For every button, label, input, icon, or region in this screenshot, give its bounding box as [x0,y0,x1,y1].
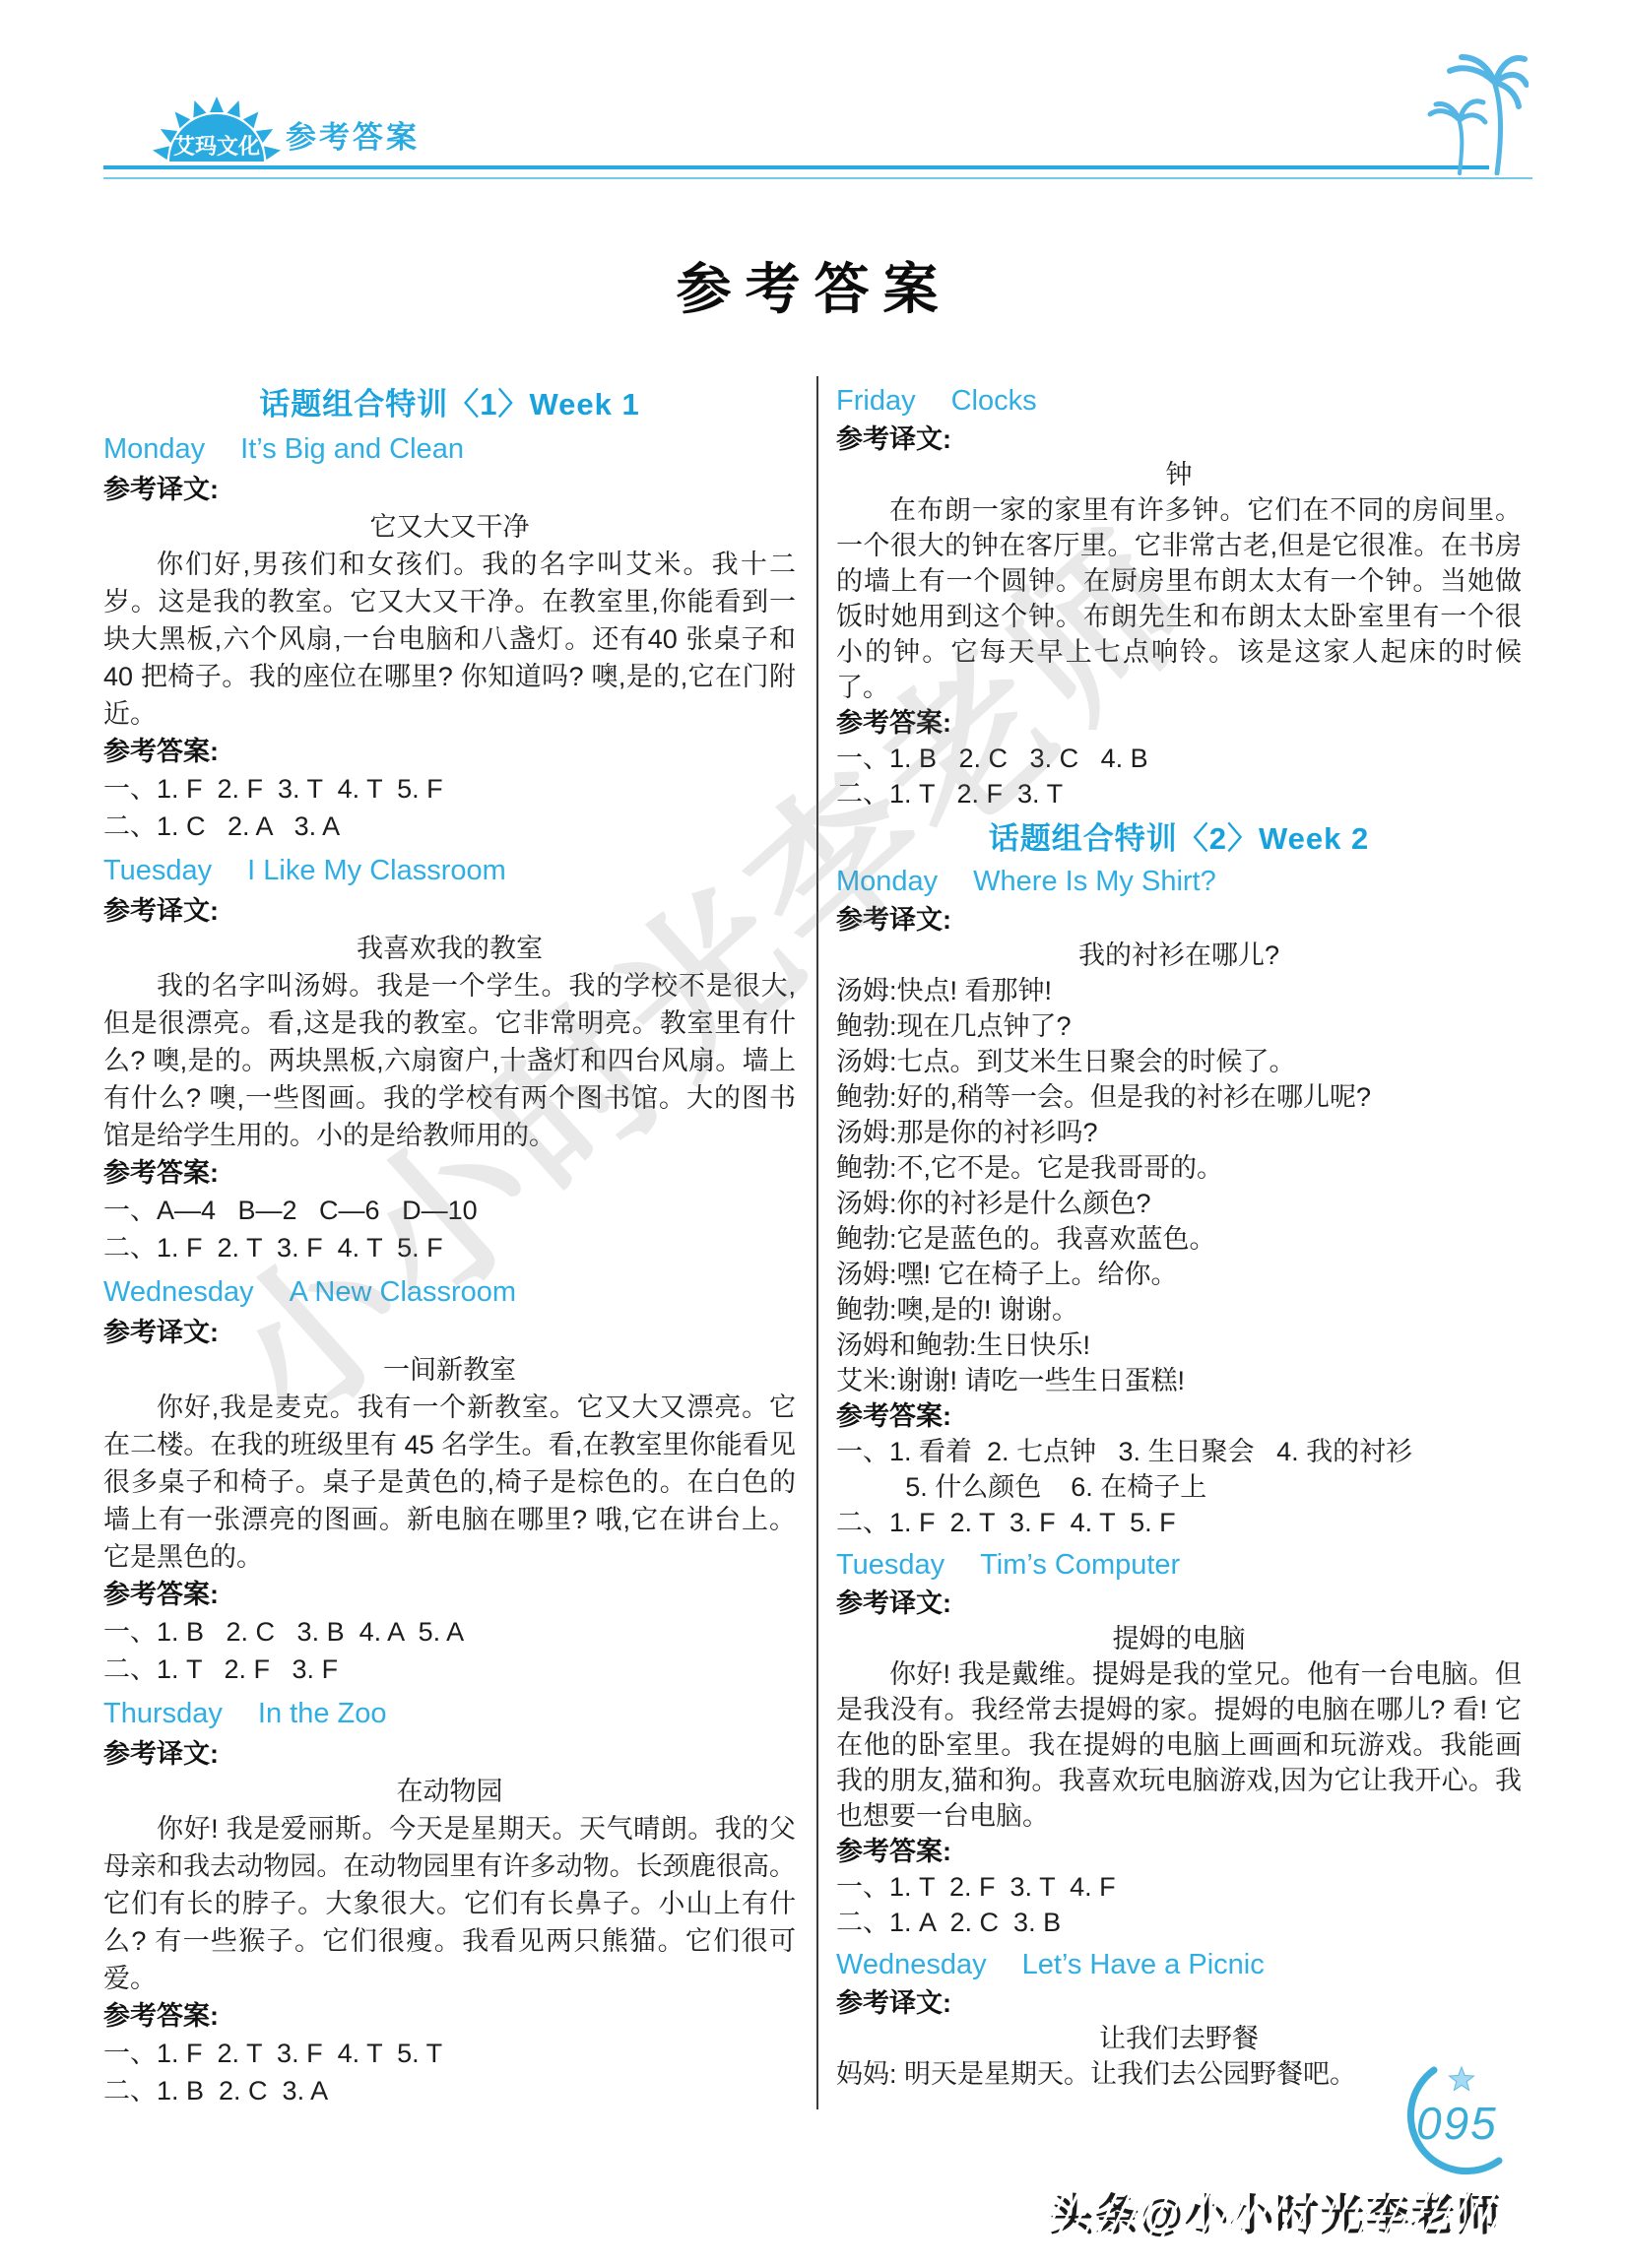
translation-title: 在动物园 [103,1773,796,1810]
answer-line: 一、1. T 2. F 3. T 4. F [836,1869,1522,1905]
day-name: Friday [836,385,916,417]
answer-label: 参考答案: [103,1576,796,1613]
dialogue-line: 汤姆:那是你的衬衫吗? [836,1115,1522,1150]
answer-line: 一、A—4 B—2 C—6 D—10 [103,1192,796,1229]
palm-trees-icon [1399,51,1529,180]
answer-label: 参考答案: [836,705,1522,741]
day-name: Thursday [103,1698,223,1729]
header-rule-thin [103,177,1532,179]
answer-line: 二、1. F 2. T 3. F 4. T 5. F [836,1505,1522,1540]
dialogue-line: 艾米:谢谢! 请吃一些生日蛋糕! [836,1363,1522,1398]
page-number-badge: 095 [1375,2064,1523,2182]
translation-title: 它又大又干净 [103,508,796,546]
dialogue-line: 汤姆和鲍勃:生日快乐! [836,1328,1522,1363]
paragraph: 你好! 我是戴维。提姆是我的堂兄。他有一台电脑。但是我没有。我经常去提姆的家。提… [836,1656,1522,1834]
day-name: Monday [103,433,205,465]
day-title: WednesdayA New Classroom [103,1273,796,1311]
paragraph: 你好,我是麦克。我有一个新教室。它又大又漂亮。它在二楼。在我的班级里有 45 名… [103,1389,796,1576]
translation-label: 参考译文: [836,1586,1522,1621]
answer-label: 参考答案: [836,1398,1522,1434]
day-title: TuesdayI Like My Classroom [103,852,796,889]
sun-logo-icon: 艾玛文化 [148,83,305,167]
translation-label: 参考译文: [103,892,796,930]
answer-columns: 话题组合特训〈1〉Week 1MondayIt’s Big and Clean参… [103,376,1522,2109]
day-name: Wednesday [103,1276,254,1308]
translation-title: 我的衬衫在哪儿? [836,938,1522,973]
day-name: Wednesday [836,1949,987,1980]
translation-label: 参考译文: [103,1735,796,1773]
day-title: TuesdayTim’s Computer [836,1547,1522,1583]
answer-line: 二、1. F 2. T 3. F 4. T 5. F [103,1229,796,1266]
translation-label: 参考译文: [836,1985,1522,2021]
week-title: 话题组合特训〈2〉Week 2 [836,821,1522,857]
translation-label: 参考译文: [103,1314,796,1351]
answer-label: 参考答案: [836,1834,1522,1869]
lesson-title: Where Is My Shirt? [973,866,1216,897]
dialogue-line: 鲍勃:噢,是的! 谢谢。 [836,1292,1522,1328]
page: 艾玛文化 参考答案 参考答案 小小时光李老师 话题组合特训〈1〉Week 1Mo… [0,0,1628,2268]
translation-label: 参考译文: [836,902,1522,938]
paragraph: 你好! 我是爱丽斯。今天是星期天。天气晴朗。我的父母亲和我去动物园。在动物园里有… [103,1810,796,1997]
dialogue-line: 鲍勃:好的,稍等一会。但是我的衬衫在哪儿呢? [836,1079,1522,1115]
header-rule-thick [103,165,1489,169]
answer-line: 二、1. A 2. C 3. B [836,1905,1522,1940]
paragraph: 在布朗一家的家里有许多钟。它们在不同的房间里。一个很大的钟在客厅里。它非常古老,… [836,492,1522,705]
answer-line: 二、1. C 2. A 3. A [103,808,796,845]
bottom-watermark: 头条@小小时光李老师 [1050,2179,1502,2242]
dialogue-line: 汤姆:快点! 看那钟! [836,973,1522,1008]
dialogue-line: 鲍勃:现在几点钟了? [836,1008,1522,1044]
day-title: FridayClocks [836,383,1522,419]
lesson-title: Clocks [951,385,1037,417]
lesson-title: Tim’s Computer [980,1549,1180,1581]
week-title: 话题组合特训〈1〉Week 1 [103,386,796,423]
dialogue-line: 汤姆:七点。到艾米生日聚会的时候了。 [836,1044,1522,1079]
column-divider [816,376,818,2109]
day-name: Monday [836,866,938,897]
answer-label: 参考答案: [103,733,796,770]
translation-title: 一间新教室 [103,1351,796,1389]
answer-line: 二、1. T 2. F 3. T [836,776,1522,811]
paragraph: 你们好,男孩们和女孩们。我的名字叫艾米。我十二岁。这是我的教室。它又大又干净。在… [103,546,796,733]
dialogue-line: 鲍勃:不,它不是。它是我哥哥的。 [836,1150,1522,1186]
translation-label: 参考译文: [103,471,796,508]
answer-line: 一、1. F 2. F 3. T 4. T 5. F [103,770,796,808]
lesson-title: In the Zoo [258,1698,387,1729]
answer-line: 二、1. T 2. F 3. F [103,1651,796,1688]
day-title: ThursdayIn the Zoo [103,1695,796,1732]
answer-line: 一、1. F 2. T 3. F 4. T 5. T [103,2035,796,2072]
translation-title: 提姆的电脑 [836,1621,1522,1656]
answer-line: 一、1. B 2. C 3. C 4. B [836,741,1522,776]
left-column: 话题组合特训〈1〉Week 1MondayIt’s Big and Clean参… [103,376,796,2109]
answer-line: 一、1. B 2. C 3. B 4. A 5. A [103,1613,796,1651]
dialogue-line: 鲍勃:它是蓝色的。我喜欢蓝色。 [836,1221,1522,1257]
lesson-title: It’s Big and Clean [240,433,464,465]
day-title: MondayWhere Is My Shirt? [836,864,1522,899]
day-title: MondayIt’s Big and Clean [103,430,796,468]
page-title: 参考答案 [0,246,1628,325]
answer-label: 参考答案: [103,1997,796,2035]
answer-line: 5. 什么颜色 6. 在椅子上 [836,1469,1522,1505]
translation-title: 让我们去野餐 [836,2021,1522,2056]
paragraph: 我的名字叫汤姆。我是一个学生。我的学校不是很大,但是很漂亮。看,这是我的教室。它… [103,967,796,1154]
lesson-title: A New Classroom [290,1276,516,1308]
translation-title: 钟 [836,457,1522,492]
header-title: 参考答案 [286,112,420,157]
lesson-title: Let’s Have a Picnic [1022,1949,1265,1980]
answer-line: 一、1. 看着 2. 七点钟 3. 生日聚会 4. 我的衬衫 [836,1434,1522,1469]
logo-text: 艾玛文化 [173,134,260,159]
day-name: Tuesday [836,1549,944,1581]
translation-label: 参考译文: [836,421,1522,457]
lesson-title: I Like My Classroom [247,855,506,886]
dialogue-line: 汤姆:嘿! 它在椅子上。给你。 [836,1257,1522,1292]
day-name: Tuesday [103,855,212,886]
brand-logo: 艾玛文化 [148,83,305,167]
answer-line: 二、1. B 2. C 3. A [103,2072,796,2109]
answer-label: 参考答案: [103,1154,796,1192]
star-icon [1450,2067,1474,2091]
day-title: WednesdayLet’s Have a Picnic [836,1947,1522,1982]
right-column: FridayClocks参考译文:钟在布朗一家的家里有许多钟。它们在不同的房间里… [836,376,1522,2109]
dialogue-line: 汤姆:你的衬衫是什么颜色? [836,1186,1522,1221]
translation-title: 我喜欢我的教室 [103,930,796,967]
page-number: 095 [1416,2098,1498,2149]
